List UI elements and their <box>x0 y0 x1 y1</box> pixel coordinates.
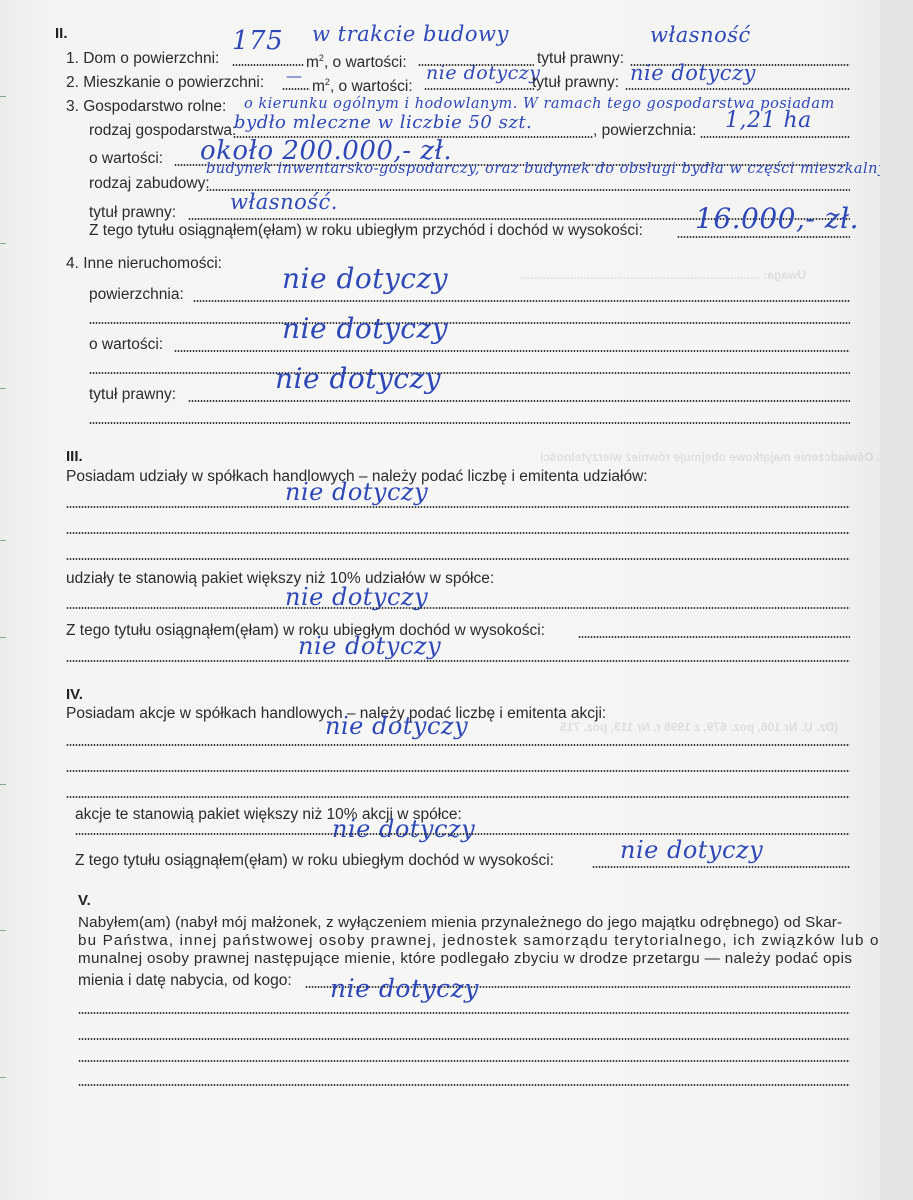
dom-title-value[interactable]: własność <box>650 23 751 47</box>
margin-tick <box>0 784 6 785</box>
nabycie-text-line-2: bu Państwa, innej państwowej osoby prawn… <box>78 932 913 950</box>
zabudowa-label: rodzaj zabudowy: <box>89 175 210 193</box>
mieszkanie-title-label: tytuł prawny: <box>532 74 619 92</box>
nabycie-text-line-3: munalnej osoby prawnej następujące mieni… <box>78 950 852 968</box>
dom-label: 1. Dom o powierzchni: <box>66 50 219 68</box>
dochod-label: Z tego tytułu osiągnąłem(ęłam) w roku ub… <box>89 222 643 240</box>
dom-m2-label: m2, o wartości: <box>306 49 407 72</box>
mieszkanie-title-value[interactable]: nie dotyczy <box>630 61 756 85</box>
form-page: Uwaga: .................................… <box>0 0 880 1200</box>
section-heading-iii: III. <box>66 448 83 465</box>
inne-tytul-value[interactable]: nie dotyczy <box>275 362 441 395</box>
margin-tick <box>0 540 6 541</box>
udzialy-value[interactable]: nie dotyczy <box>285 478 428 506</box>
margin-tick <box>0 637 6 638</box>
udzialy-pakiet-label: udziały te stanowią pakiet większy niż 1… <box>66 570 494 588</box>
inne-powierzchnia-value[interactable]: nie dotyczy <box>282 262 448 295</box>
inne-label: 4. Inne nieruchomości: <box>66 255 222 273</box>
section-heading-iv: IV. <box>66 686 83 703</box>
mieszkanie-value[interactable]: nie dotyczy <box>426 62 540 84</box>
wartosc-label: o wartości: <box>89 150 163 168</box>
tytul-label: tytuł prawny: <box>89 204 176 222</box>
inne-powierzchnia-label: powierzchnia: <box>89 286 184 304</box>
nabycie-opis-label: mienia i datę nabycia, od kogo: <box>78 972 292 990</box>
akcje-dochod-label: Z tego tytułu osiągnąłem(ęłam) w roku ub… <box>75 852 554 870</box>
margin-tick <box>0 243 6 244</box>
margin-tick <box>0 388 6 389</box>
rodzaj-gospodarstwa-value[interactable]: bydło mleczne w liczbie 50 szt. <box>234 112 532 133</box>
zabudowa-value[interactable]: budynek inwentarsko-gospodarczy, oraz bu… <box>206 161 887 177</box>
dochod-value[interactable]: 16.000,- zł. <box>695 202 859 235</box>
dom-note-value[interactable]: w trakcie budowy <box>312 22 509 46</box>
gospodarstwo-label: 3. Gospodarstwo rolne: <box>66 98 226 116</box>
udzialy-dochod-value[interactable]: nie dotyczy <box>298 632 441 660</box>
nabycie-text-line-1: Nabyłem(am) (nabył mój małżonek, z wyłąc… <box>78 914 842 932</box>
nabycie-opis-value[interactable]: nie dotyczy <box>330 974 479 1003</box>
tytul-value[interactable]: własność. <box>230 190 338 214</box>
powierzchnia-label: , powierzchnia: <box>593 122 696 140</box>
bleed-through-text: 5. Oświadczenie majątkowe obejmuje równi… <box>540 450 887 464</box>
dom-title-label: tytuł prawny: <box>537 50 624 68</box>
margin-tick <box>0 1077 6 1078</box>
dom-area-value[interactable]: 175 <box>232 26 283 56</box>
section-heading-ii: II. <box>55 25 68 42</box>
bleed-through-text: Uwaga: .................................… <box>520 268 806 282</box>
inne-wartosc-label: o wartości: <box>89 336 163 354</box>
scan-edge <box>880 0 913 1200</box>
akcje-value[interactable]: nie dotyczy <box>325 712 468 740</box>
section-heading-v: V. <box>78 892 91 909</box>
akcje-pakiet-value[interactable]: nie dotyczy <box>332 815 475 843</box>
inne-wartosc-value[interactable]: nie dotyczy <box>282 312 448 345</box>
margin-tick <box>0 96 6 97</box>
mieszkanie-area-value[interactable]: — <box>286 66 303 85</box>
powierzchnia-value[interactable]: 1,21 ha <box>725 108 812 133</box>
mieszkanie-label: 2. Mieszkanie o powierzchni: <box>66 74 264 92</box>
akcje-dochod-value[interactable]: nie dotyczy <box>620 836 763 864</box>
margin-tick <box>0 930 6 931</box>
inne-tytul-label: tytuł prawny: <box>89 386 176 404</box>
mieszkanie-m2-label: m2, o wartości: <box>312 73 413 96</box>
